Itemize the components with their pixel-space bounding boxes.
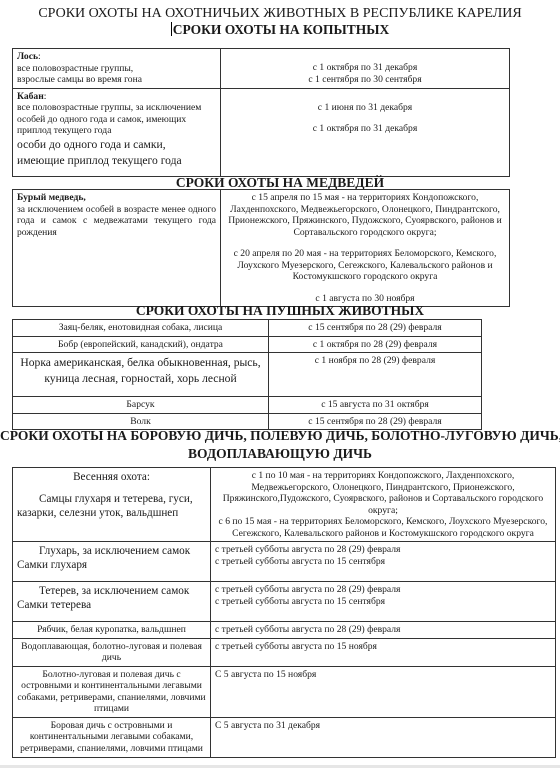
spring-period-1: с 1 по 10 мая - на территориях Кондопожс… <box>215 470 551 516</box>
animal-cell: Водоплавающая, болотно-луговая и полевая… <box>13 638 211 666</box>
period-cell: с третьей субботы августа по 28 (29) фев… <box>211 542 556 582</box>
period-cell: С 5 августа по 15 ноября <box>211 666 556 717</box>
table-row: Тетерев, за исключением самок Самки тете… <box>13 582 556 622</box>
animal-line: Тетерев, за исключением самок <box>17 584 206 598</box>
table-row: Бурый медведь, за исключением особей в в… <box>13 190 510 307</box>
table-row: Весенняя охота: Самцы глухаря и тетерева… <box>13 468 556 542</box>
period-cell: с 1 ноября по 28 (29) февраля <box>269 353 482 397</box>
table-row: Глухарь, за исключением самок Самки глух… <box>13 542 556 582</box>
table-row: Боровая дичь с островными и континенталь… <box>13 717 556 757</box>
spring-period-2: с 6 по 15 мая - на территориях Беломорск… <box>215 516 551 539</box>
animal-cell: Тетерев, за исключением самок Самки тете… <box>13 582 211 622</box>
period-cell: С 5 августа по 31 декабря <box>211 717 556 757</box>
moose-period-cell: с 1 октября по 31 декабря с 1 сентября п… <box>221 49 510 89</box>
table-row: Болотно-луговая и полевая дичь с островн… <box>13 666 556 717</box>
animal-cell: Барсук <box>13 397 269 414</box>
table-row: Водоплавающая, болотно-луговая и полевая… <box>13 638 556 666</box>
ungulates-table: Лось: все половозрастные группы, взрослы… <box>12 48 510 177</box>
period-cell: с третьей субботы августа по 28 (29) фев… <box>211 622 556 639</box>
table-row: Рябчик, белая куропатка, вальдшнеп с тре… <box>13 622 556 639</box>
gamebirds-table: Весенняя охота: Самцы глухаря и тетерева… <box>12 467 556 758</box>
moose-period-2: с 1 сентября по 30 сентября <box>225 74 505 86</box>
spring-hunt-period-cell: с 1 по 10 мая - на территориях Кондопожс… <box>211 468 556 542</box>
period-cell: с третьей субботы августа по 28 (29) фев… <box>211 582 556 622</box>
moose-desc-2: взрослые самцы во время гона <box>17 74 216 86</box>
animal-name: Лось <box>17 51 38 62</box>
bear-period-2: с 20 апреля по 20 мая - на территориях Б… <box>225 248 505 283</box>
boar-cell: Кабан: все половозрастные группы, за иск… <box>13 88 221 176</box>
animal-cell: Норка американская, белка обыкновенная, … <box>13 353 269 397</box>
section-title-furbearers: СРОКИ ОХОТЫ НА ПУШНЫХ ЖИВОТНЫХ <box>0 303 560 319</box>
animal-cell: Болотно-луговая и полевая дичь с островн… <box>13 666 211 717</box>
period-cell: с третьей субботы августа по 15 ноября <box>211 638 556 666</box>
section-title-gamebirds-2: ВОДОПЛАВАЮЩУЮ ДИЧЬ <box>0 446 560 462</box>
table-row: Норка американская, белка обыкновенная, … <box>13 353 482 397</box>
period-cell: с 1 октября по 28 (29) февраля <box>269 336 482 353</box>
animal-line: Самки тетерева <box>17 598 206 612</box>
period-cell: с 15 августа по 31 октября <box>269 397 482 414</box>
boar-desc-small: все половозрастные группы, за исключение… <box>17 102 216 137</box>
spring-hunt-animals: Самцы глухаря и тетерева, гуси, казарки,… <box>17 492 206 520</box>
period-cell: с 15 сентября по 28 (29) февраля <box>269 320 482 337</box>
period-line: с третьей субботы августа по 15 сентября <box>215 556 551 568</box>
animal-cell: Бобр (европейский, канадский), ондатра <box>13 336 269 353</box>
moose-period-1: с 1 октября по 31 декабря <box>225 62 505 74</box>
text-cursor <box>171 22 172 36</box>
boar-period-cell: с 1 июня по 31 декабря с 1 октября по 31… <box>221 88 510 176</box>
bear-cell: Бурый медведь, за исключением особей в в… <box>13 190 221 307</box>
animal-cell: Заяц-беляк, енотовидная собака, лисица <box>13 320 269 337</box>
table-row: Бобр (европейский, канадский), ондатра с… <box>13 336 482 353</box>
bear-period-1: с 15 апреля по 15 мая - на территориях К… <box>225 192 505 238</box>
boar-desc-large: особи до одного года и самки, имеющие пр… <box>17 137 216 169</box>
period-line: с третьей субботы августа по 28 (29) фев… <box>215 544 551 556</box>
period-line: с третьей субботы августа по 15 сентября <box>215 596 551 608</box>
table-row: Барсук с 15 августа по 31 октября <box>13 397 482 414</box>
bear-desc: за исключением особей в возрасте менее о… <box>17 204 216 238</box>
animal-cell: Рябчик, белая куропатка, вальдшнеп <box>13 622 211 639</box>
furbearers-table: Заяц-беляк, енотовидная собака, лисица с… <box>12 319 482 430</box>
table-row: Заяц-беляк, енотовидная собака, лисица с… <box>13 320 482 337</box>
bears-table: Бурый медведь, за исключением особей в в… <box>12 189 510 307</box>
animal-line: Самки глухаря <box>17 558 206 572</box>
boar-period-2: с 1 октября по 31 декабря <box>225 123 505 135</box>
moose-cell: Лось: все половозрастные группы, взрослы… <box>13 49 221 89</box>
animal-name: Кабан <box>17 91 44 102</box>
section-title-gamebirds-1: СРОКИ ОХОТЫ НА БОРОВУЮ ДИЧЬ, ПОЛЕВУЮ ДИЧ… <box>0 428 560 444</box>
table-row: Кабан: все половозрастные группы, за иск… <box>13 88 510 176</box>
bear-period-cell: с 15 апреля по 15 мая - на территориях К… <box>221 190 510 307</box>
section-title-ungulates: СРОКИ ОХОТЫ НА КОПЫТНЫХ <box>0 22 560 38</box>
animal-line: Глухарь, за исключением самок <box>17 544 206 558</box>
animal-name: Бурый медведь, <box>17 192 86 203</box>
moose-desc-1: все половозрастные группы, <box>17 63 216 75</box>
document-title: СРОКИ ОХОТЫ НА ОХОТНИЧЬИХ ЖИВОТНЫХ В РЕС… <box>0 6 560 22</box>
spring-hunt-cell: Весенняя охота: Самцы глухаря и тетерева… <box>13 468 211 542</box>
animal-cell: Боровая дичь с островными и континенталь… <box>13 717 211 757</box>
table-row: Лось: все половозрастные группы, взрослы… <box>13 49 510 89</box>
boar-period-1: с 1 июня по 31 декабря <box>225 102 505 114</box>
spring-hunt-label: Весенняя охота: <box>17 470 206 484</box>
animal-cell: Глухарь, за исключением самок Самки глух… <box>13 542 211 582</box>
period-line: с третьей субботы августа по 28 (29) фев… <box>215 584 551 596</box>
